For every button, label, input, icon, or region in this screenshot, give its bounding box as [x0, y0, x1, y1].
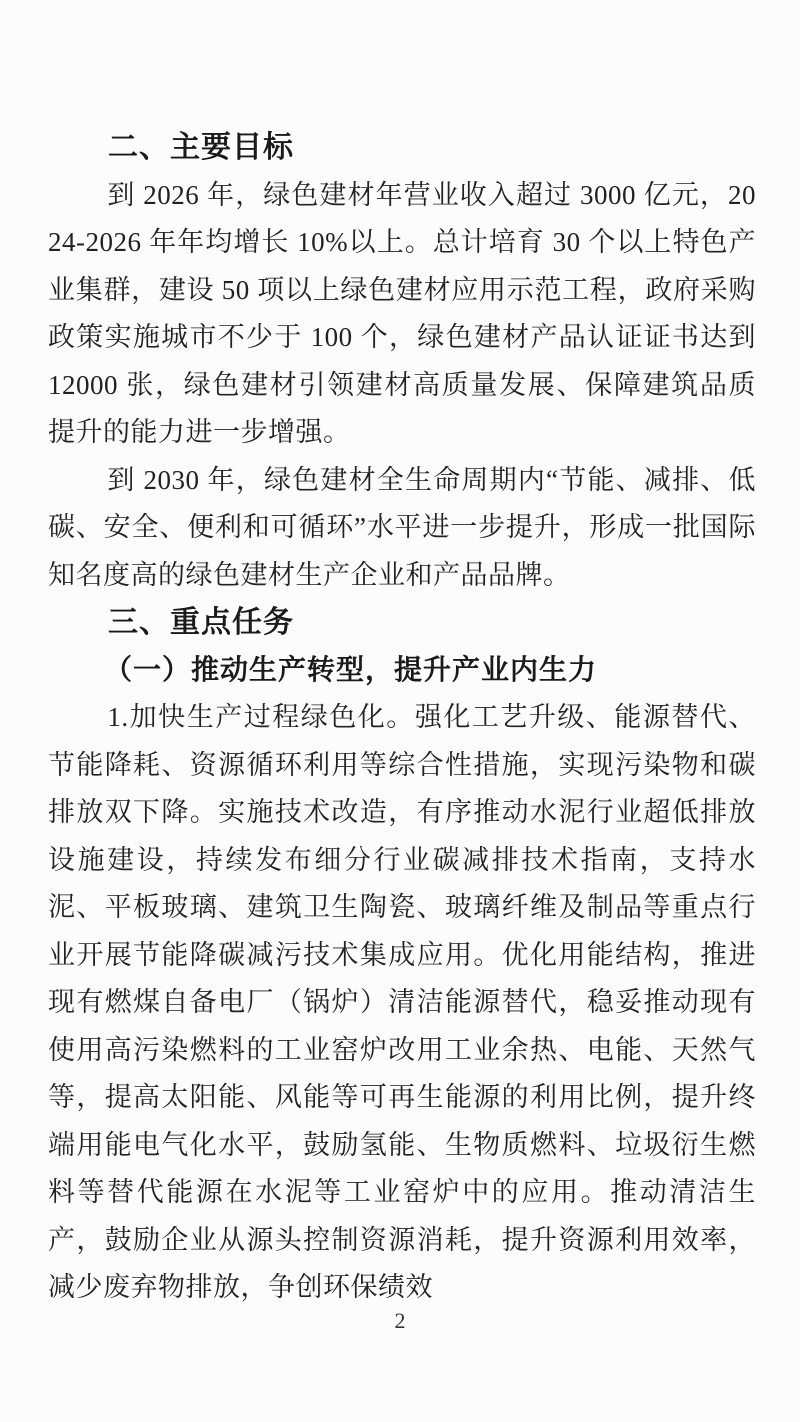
section-heading-key-tasks: 三、重点任务	[48, 599, 756, 647]
page-number: 2	[395, 1308, 406, 1333]
subsection-heading-production-transformation: （一）推动生产转型，提升产业内生力	[48, 647, 756, 695]
paragraph-green-production-process: 1.加快生产过程绿色化。强化工艺升级、能源替代、节能降耗、资源循环利用等综合性措…	[48, 694, 756, 1312]
paragraph-2030-targets: 到 2030 年，绿色建材全生命周期内“节能、减排、低碳、安全、便利和可循环”水…	[48, 457, 756, 600]
page-footer: 2	[0, 1308, 800, 1334]
section-heading-main-goals: 二、主要目标	[48, 124, 756, 172]
document-page: 二、主要目标 到 2026 年，绿色建材年营业收入超过 3000 亿元，2024…	[0, 0, 800, 1422]
paragraph-2026-targets: 到 2026 年，绿色建材年营业收入超过 3000 亿元，2024-2026 年…	[48, 172, 756, 457]
document-body: 二、主要目标 到 2026 年，绿色建材年营业收入超过 3000 亿元，2024…	[48, 124, 756, 1312]
